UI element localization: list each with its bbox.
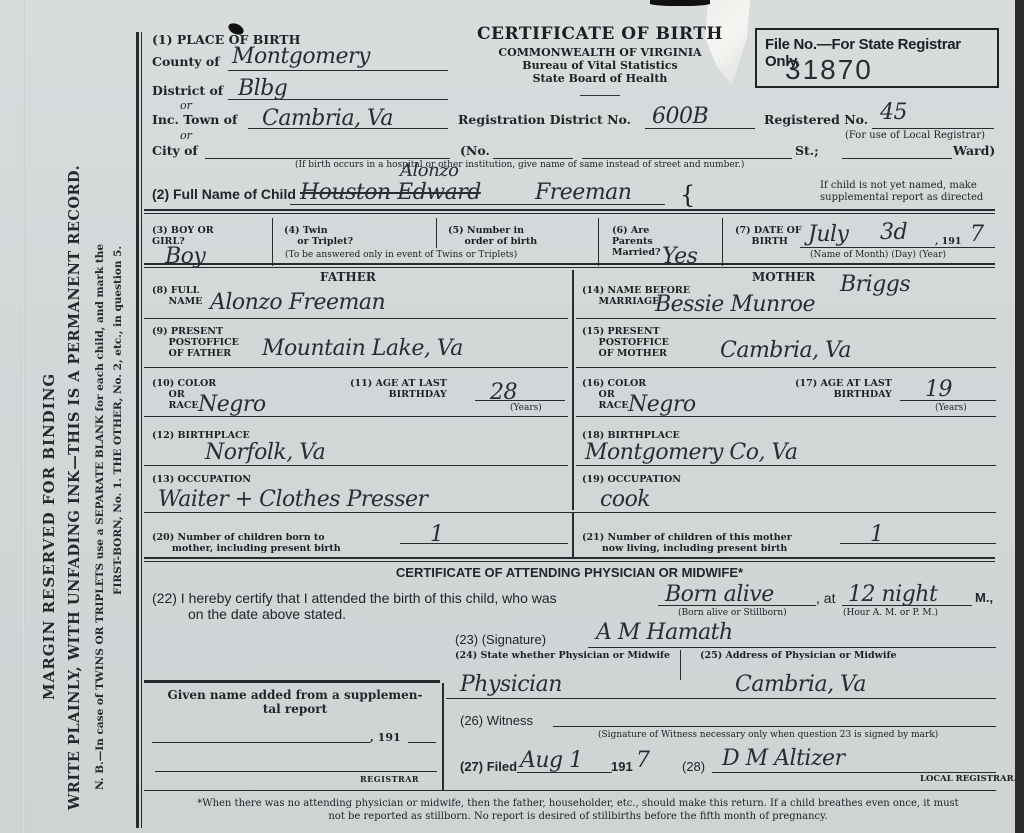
filed-month: Aug 1 bbox=[520, 748, 583, 773]
filed-year-suffix: 7 bbox=[636, 748, 650, 773]
margin-border bbox=[136, 32, 142, 828]
row-line bbox=[144, 465, 568, 466]
registration-district-value: 600B bbox=[652, 104, 708, 129]
scan-edge bbox=[1015, 0, 1024, 833]
ink-blot bbox=[650, 0, 710, 6]
mother-occupation-label: (19) OCCUPATION bbox=[582, 474, 681, 485]
footnote: *When there was no attending physician o… bbox=[148, 797, 1008, 823]
physician-signature: A M Hamath bbox=[596, 620, 733, 645]
signature-line bbox=[588, 647, 996, 648]
certify-text: (22) I hereby certify that I attended th… bbox=[152, 590, 557, 606]
father-name-value: Alonzo Freeman bbox=[210, 290, 385, 315]
dob-note: (Name of Month) (Day) (Year) bbox=[810, 250, 946, 260]
supplemental-registrar-line bbox=[155, 771, 437, 772]
footnote-line-2: not be reported as stillborn. No report … bbox=[328, 811, 827, 822]
filed-year-prefix: 191 bbox=[611, 759, 633, 774]
children-living-value: 1 bbox=[870, 522, 884, 547]
father-occupation-value: Waiter + Clothes Presser bbox=[158, 487, 428, 512]
ward-line bbox=[842, 158, 952, 159]
witness-note: (Signature of Witness necessary only whe… bbox=[598, 730, 938, 740]
father-heading: FATHER bbox=[320, 270, 376, 284]
or-label: or bbox=[180, 99, 192, 112]
registrar-number-label: (28) bbox=[682, 759, 705, 774]
physician-heading: CERTIFICATE OF ATTENDING PHYSICIAN OR MI… bbox=[144, 565, 995, 580]
first-born-note-text: FIRST-BORN, No. 1. THE OTHER, No. 2, etc… bbox=[112, 246, 124, 595]
row-line bbox=[576, 318, 996, 319]
dob-month: July bbox=[808, 222, 848, 247]
supplemental-label-2: tal report bbox=[150, 702, 440, 716]
town-value: Cambria, Va bbox=[262, 106, 393, 131]
district-label: District of bbox=[152, 83, 223, 98]
row-line bbox=[576, 465, 996, 466]
local-registrar-label: LOCAL REGISTRAR. bbox=[920, 774, 1017, 784]
m-label: M., bbox=[975, 590, 993, 605]
children-born-line bbox=[400, 543, 568, 544]
mother-age-value: 19 bbox=[925, 377, 952, 402]
dob-year-suffix: 7 bbox=[970, 222, 984, 247]
dob-year-prefix: , 191 bbox=[935, 236, 961, 247]
section-divider bbox=[144, 557, 995, 562]
father-age-label: (11) AGE AT LASTBIRTHDAY bbox=[350, 378, 447, 400]
years-label: (Years) bbox=[510, 403, 542, 413]
children-born-label: (20) Number of children born to mother, … bbox=[152, 532, 341, 554]
witness-line bbox=[553, 726, 996, 727]
district-value: Blbg bbox=[238, 76, 287, 101]
address-value: Cambria, Va bbox=[735, 672, 866, 697]
role-label: (24) State whether Physician or Midwife bbox=[455, 650, 670, 661]
mother-name-correction: Briggs bbox=[840, 272, 910, 297]
row-line bbox=[144, 512, 996, 513]
row-line bbox=[144, 318, 568, 319]
binding-margin: MARGIN RESERVED FOR BINDING WRITE PLAINL… bbox=[0, 0, 140, 833]
footnote-line-1: *When there was no attending physician o… bbox=[197, 798, 958, 809]
town-label: Inc. Town of bbox=[152, 112, 237, 127]
street-no-line bbox=[493, 158, 573, 159]
section-divider bbox=[144, 263, 995, 268]
file-number-value: 31870 bbox=[785, 54, 873, 86]
twin-label: (4) Twin or Triplet? bbox=[284, 225, 353, 247]
witness-label: (26) Witness bbox=[460, 713, 533, 728]
twins-note-text: N. B.—In case of TWINS OR TRIPLETS use a… bbox=[94, 244, 106, 790]
children-born-value: 1 bbox=[430, 522, 444, 547]
father-age-value: 28 bbox=[490, 380, 517, 405]
children-living-label: (21) Number of children of this mother n… bbox=[582, 532, 792, 554]
role-value: Physician bbox=[460, 672, 562, 697]
supplemental-registrar-label: REGISTRAR bbox=[360, 774, 419, 784]
street-label: St.; bbox=[795, 143, 819, 158]
column-divider bbox=[272, 218, 273, 266]
file-number-box: File No.—For State Registrar Only. 31870 bbox=[755, 28, 999, 88]
dob-line bbox=[800, 247, 995, 248]
registration-district-label: Registration District No. bbox=[458, 112, 631, 127]
street-line bbox=[582, 158, 792, 159]
or-label: or bbox=[180, 129, 192, 142]
registrar-line bbox=[712, 772, 996, 773]
local-registrar-note: (For use of Local Registrar) bbox=[845, 130, 985, 141]
registered-no-value: 45 bbox=[880, 100, 907, 125]
column-divider bbox=[680, 650, 681, 680]
child-surname: Freeman bbox=[535, 180, 631, 205]
father-po-label: (9) PRESENT POSTOFFICE OF FATHER bbox=[152, 326, 239, 359]
father-race-value: Negro bbox=[198, 392, 266, 417]
twin-note: (To be answered only in event of Twins o… bbox=[285, 250, 517, 260]
city-line bbox=[205, 158, 450, 159]
order-label: (5) Number in order of birth bbox=[448, 225, 537, 247]
child-name-struck: Houston Edward bbox=[300, 180, 481, 205]
hour-value: 12 night bbox=[848, 582, 937, 607]
board-label: State Board of Health bbox=[470, 72, 730, 85]
column-divider bbox=[722, 218, 723, 266]
father-age-line bbox=[475, 400, 565, 401]
mother-birthplace-value: Montgomery Co, Va bbox=[585, 440, 797, 465]
write-plainly-text: WRITE PLAINLY, WITH UNFADING INK—THIS IS… bbox=[66, 165, 83, 810]
certificate-title: CERTIFICATE OF BIRTH bbox=[470, 24, 730, 44]
father-name-label: (8) FULL NAME bbox=[152, 285, 202, 307]
parents-divider bbox=[572, 512, 574, 557]
supplemental-label-1: Given name added from a supplemen- bbox=[150, 688, 440, 702]
brace: { bbox=[680, 181, 695, 209]
mother-po-label: (15) PRESENT POSTOFFICE OF MOTHER bbox=[582, 326, 669, 359]
supplemental-year-prefix: , 191 bbox=[370, 731, 401, 744]
father-po-value: Mountain Lake, Va bbox=[262, 336, 463, 361]
dob-day: 3d bbox=[880, 220, 907, 245]
at-label: , at bbox=[816, 590, 835, 606]
mother-race-value: Negro bbox=[628, 392, 696, 417]
hour-note: (Hour A. M. or P. M.) bbox=[843, 608, 938, 618]
street-no-label: (No. bbox=[460, 143, 490, 158]
mother-heading: MOTHER bbox=[752, 270, 815, 284]
mother-age-label: (17) AGE AT LASTBIRTHDAY bbox=[795, 378, 892, 400]
supplemental-date-line bbox=[152, 742, 370, 743]
ward-label: Ward) bbox=[953, 143, 995, 158]
row-line bbox=[576, 416, 996, 417]
column-divider bbox=[598, 218, 599, 266]
county-line bbox=[228, 70, 448, 71]
signature-label: (23) (Signature) bbox=[455, 632, 546, 647]
hospital-note: (If birth occurs in a hospital or other … bbox=[295, 160, 744, 170]
unnamed-note-1: If child is not yet named, make bbox=[820, 180, 977, 191]
mother-po-value: Cambria, Va bbox=[720, 338, 851, 363]
supplemental-year-line bbox=[408, 742, 436, 743]
child-name-inserted: Alonzo bbox=[400, 160, 459, 181]
row-line bbox=[576, 367, 996, 368]
years-label: (Years) bbox=[935, 403, 967, 413]
title-rule bbox=[580, 95, 620, 96]
row-line bbox=[144, 367, 568, 368]
city-label: City of bbox=[152, 143, 198, 158]
margin-reserved-text: MARGIN RESERVED FOR BINDING bbox=[40, 373, 58, 700]
supplemental-divider bbox=[144, 680, 440, 683]
registered-no-line bbox=[872, 128, 994, 129]
parents-divider bbox=[572, 270, 574, 510]
address-label: (25) Address of Physician or Midwife bbox=[700, 650, 897, 661]
supplemental-border bbox=[442, 683, 444, 791]
county-value: Montgomery bbox=[232, 44, 370, 69]
unnamed-note-2: supplemental report as directed bbox=[820, 192, 983, 203]
date-text: on the date above stated. bbox=[188, 606, 346, 622]
column-divider bbox=[436, 218, 437, 248]
born-note: (Born alive or Stillborn) bbox=[678, 608, 787, 618]
registered-no-label: Registered No. bbox=[764, 112, 868, 127]
born-alive-value: Born alive bbox=[665, 582, 774, 607]
role-address-line bbox=[446, 698, 996, 699]
filed-label: (27) Filed bbox=[460, 759, 517, 774]
dob-label: (7) DATE OF BIRTH bbox=[735, 225, 802, 247]
row-line bbox=[144, 416, 568, 417]
certificate-header: CERTIFICATE OF BIRTH COMMONWEALTH OF VIR… bbox=[470, 24, 730, 96]
bureau-label: Bureau of Vital Statistics bbox=[470, 59, 730, 72]
section-divider bbox=[144, 209, 995, 214]
mother-name-value: Bessie Munroe bbox=[655, 292, 815, 317]
child-name-label: (2) Full Name of Child bbox=[152, 186, 296, 202]
bottom-line bbox=[144, 790, 996, 791]
father-birthplace-value: Norfolk, Va bbox=[205, 440, 325, 465]
mother-occupation-value: cook bbox=[600, 487, 650, 512]
county-label: County of bbox=[152, 54, 220, 69]
commonwealth-label: COMMONWEALTH OF VIRGINIA bbox=[470, 46, 730, 59]
children-living-line bbox=[840, 543, 996, 544]
father-occupation-label: (13) OCCUPATION bbox=[152, 474, 251, 485]
registrar-signature: D M Altizer bbox=[722, 746, 845, 771]
married-label: (6) AreParentsMarried? bbox=[612, 225, 661, 258]
